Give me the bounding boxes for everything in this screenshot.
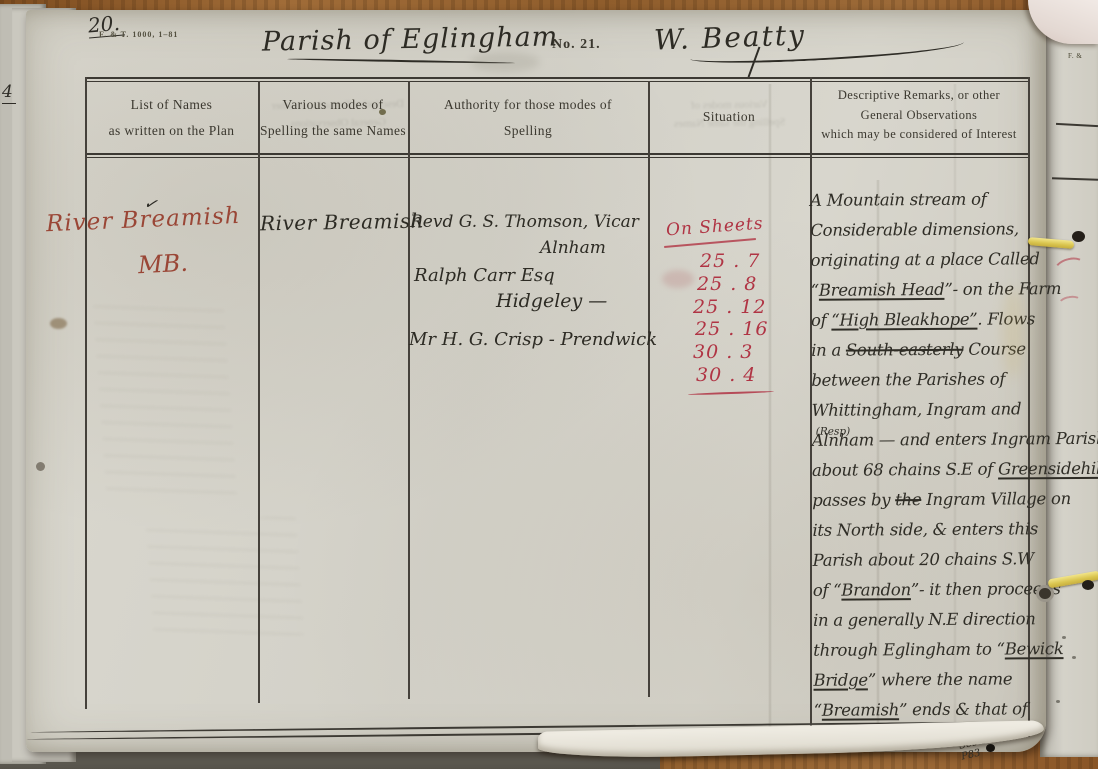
remarks-text: its North side, & enters this xyxy=(812,519,1038,540)
remarks-text: about 68 chains S.E of xyxy=(812,460,998,480)
paper-crease xyxy=(876,180,880,740)
situation-heading: On Sheets xyxy=(665,214,764,241)
remarks-text: of “ xyxy=(813,581,842,600)
remarks-text: in a xyxy=(811,341,846,360)
stain xyxy=(1002,288,1024,378)
remarks-line: passes by the Ingram Village on xyxy=(812,485,1046,517)
header-line: List of Names xyxy=(85,92,258,118)
table-top-rule xyxy=(85,77,1030,79)
remarks-marked-text: Bewick xyxy=(1005,639,1064,658)
remarks-line: through Eglingham to “Bewick xyxy=(813,635,1047,667)
remarks-text: ”- on the Farm xyxy=(944,279,1061,299)
sheet-reference: 25 . 8 xyxy=(697,273,757,295)
stain xyxy=(50,318,67,329)
remarks-line: Bridge” where the name xyxy=(813,665,1047,697)
column-rule xyxy=(648,81,650,697)
header-line: Spelling xyxy=(408,118,648,144)
column-rule xyxy=(408,81,410,699)
stain xyxy=(36,462,45,471)
remarks-line: its North side, & enters this xyxy=(812,515,1046,547)
authority-line: Ralph Carr Esq xyxy=(414,265,555,286)
name-note: MB. xyxy=(137,249,188,280)
column-header-remarks: Descriptive Remarks, or other General Ob… xyxy=(810,86,1028,145)
authority-line: Revd G. S. Thomson, Vicar xyxy=(410,212,639,232)
authority-line: Hidgeley — xyxy=(496,290,607,312)
form-code: F. & T. 1000, 1–81 xyxy=(99,30,178,39)
remarks-text: ” ends & that of xyxy=(899,699,1028,719)
header-separator-rule xyxy=(85,153,1030,155)
interlinear-note: (Resp) xyxy=(816,419,851,446)
bleedthrough-text: Various modes of Spelling the same Names xyxy=(652,95,808,134)
column-header-authority: Authority for those modes of Spelling xyxy=(408,92,648,144)
remarks-text: Whittingham, Ingram and xyxy=(812,399,1022,419)
remarks-line: originating at a place Called xyxy=(810,245,1044,277)
name-on-plan: River Breamish xyxy=(46,203,242,237)
bleedthrough-text: Descriptive Remarks, or other General Ob… xyxy=(268,95,409,133)
remarks-text: ” where the name xyxy=(868,669,1013,689)
sheet-reference: 30 . 4 xyxy=(696,364,756,386)
ink-dot xyxy=(986,744,995,752)
remarks-text: in a generally N.E direction xyxy=(813,609,1036,630)
stain xyxy=(470,52,540,72)
authority-line: Mr H. G. Crisp - Prendwick xyxy=(409,329,657,350)
remarks-line: (Resp)Alnham — and enters Ingram Parish xyxy=(812,425,1046,457)
remarks-text: Parish about 20 chains S.W xyxy=(813,549,1034,570)
remarks-marked-text: Breamish xyxy=(822,700,899,720)
sheet-reference: 25 . 7 xyxy=(700,250,760,272)
sheet-list-underline xyxy=(688,390,774,395)
sheet-reference: 25 . 16 xyxy=(695,318,768,340)
remarks-marked-text: South-easterly xyxy=(846,340,964,360)
remarks-line: of “Brandon”- it then proceeds xyxy=(813,575,1047,607)
remarks-text: Considerable dimensions, xyxy=(810,219,1019,239)
binding-hole xyxy=(1082,580,1094,590)
paper-crease xyxy=(953,84,957,734)
sheet-reference: 25 . 12 xyxy=(693,296,766,318)
remarks-marked-text: Bridge xyxy=(813,670,868,689)
remarks-line: about 68 chains S.E of Greensidehill, xyxy=(812,455,1046,487)
column-rule xyxy=(85,77,87,709)
sheet-reference: 30 . 3 xyxy=(693,341,753,363)
header-line: which may be considered of Interest xyxy=(810,125,1028,145)
header-line: Descriptive Remarks, or other xyxy=(810,86,1028,106)
remarks-marked-text: Greensidehill, xyxy=(998,459,1098,479)
paper-crease xyxy=(768,84,772,734)
photograph-of-name-book-page: 4 F. & 20. F. & T. 1000, 1–81 Parish of … xyxy=(0,0,1098,769)
header-line: Authority for those modes of xyxy=(408,92,648,118)
column-header-names: List of Names as written on the Plan xyxy=(85,92,258,144)
remarks-marked-text: the xyxy=(895,490,921,509)
entry-number-label: No. 21. xyxy=(552,37,601,53)
remarks-text: originating at a place Called xyxy=(810,249,1039,270)
bleedthrough-smudge xyxy=(93,296,237,505)
header-separator-rule xyxy=(85,157,1030,158)
remarks-text: between the Parishes of xyxy=(811,369,1005,389)
table-top-rule xyxy=(85,81,1030,82)
ink-blot xyxy=(379,109,386,115)
spelling-entry: River Breamish xyxy=(260,209,424,236)
header-line: as written on the Plan xyxy=(85,118,258,144)
bleedthrough-smudge xyxy=(146,515,304,645)
remarks-text: Ingram Village on xyxy=(921,489,1071,509)
ink-smudge xyxy=(662,270,694,288)
remarks-text: passes by xyxy=(812,490,895,510)
header-line: General Observations xyxy=(810,106,1028,126)
binding-hole xyxy=(1072,231,1085,242)
remarks-text: “ xyxy=(811,281,819,300)
remarks-line: Considerable dimensions, xyxy=(810,215,1044,247)
remarks-line: Parish about 20 chains S.W xyxy=(813,545,1047,577)
authority-line: Alnham xyxy=(540,238,606,258)
name-book-page: 20. F. & T. 1000, 1–81 Parish of Eglingh… xyxy=(26,10,1046,752)
remarks-text: of xyxy=(811,311,832,330)
remarks-line: in a generally N.E direction xyxy=(813,605,1047,637)
remarks-line: A Mountain stream of xyxy=(810,185,1044,217)
remarks-text: through Eglingham to “ xyxy=(813,639,1005,659)
remarks-marked-text: Breamish Head xyxy=(819,280,945,300)
remarks-text: A Mountain stream of xyxy=(810,190,987,210)
remarks-column-text: A Mountain stream of Considerable dimens… xyxy=(810,185,1048,757)
